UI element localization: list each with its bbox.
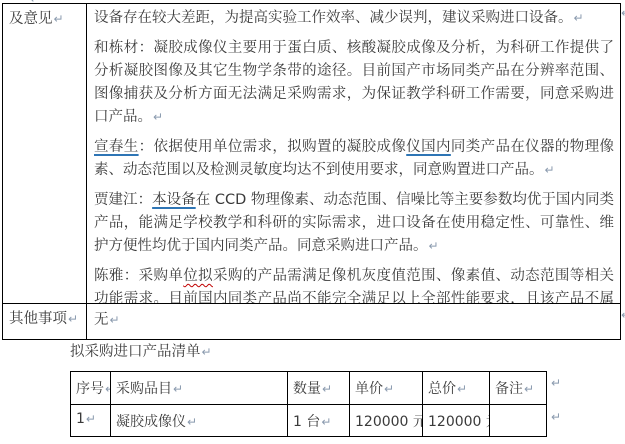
cell-item-text: 凝胶成像仪 [116, 414, 186, 430]
label-opinions-text: 及意见 [9, 11, 53, 27]
opinion-paragraph-xuanchunsheng: 宣春生：依据使用单位需求，拟购置的凝胶成像仪国内同类产品在仪器的物理像素、动态范… [94, 136, 614, 182]
paragraph-mark: ↵ [429, 239, 439, 253]
text-segment: 设备存在较大差距，为提高实验工作效率、减少误判，建议采购进口设备。 [94, 10, 573, 26]
paragraph-mark: ↵ [321, 415, 331, 429]
list-header-quantity: 数量↵ [288, 372, 350, 405]
list-header-total-price: 总价↵ [423, 372, 490, 405]
text-segment: 陈雅：采购单 [94, 268, 183, 284]
list-row-end-mark-data: ↵ [551, 410, 561, 424]
text-segment: 无 [94, 312, 109, 328]
header-index-text: 序号 [76, 381, 104, 397]
label-other-matters-text: 其他事项 [9, 311, 67, 327]
product-list-caption-text: 拟采购进口产品清单 [70, 344, 201, 360]
header-remarks-text: 备注 [495, 381, 523, 397]
label-cell-other-matters: 其他事项↵ [3, 304, 87, 339]
list-row-end-mark-header: ↵ [551, 376, 561, 390]
text-segment: 贾建江： [94, 192, 152, 208]
list-cell-remarks [490, 405, 546, 436]
list-cell-total-price: 120000 元↵ [423, 405, 490, 436]
text-segment: 位拟 [183, 268, 213, 284]
cell-unit-price-text: 120000 元 [355, 414, 423, 430]
list-cell-index: 1↵ [71, 405, 111, 436]
paragraph-mark: ↵ [110, 313, 120, 327]
paragraph-mark: ↵ [54, 12, 64, 26]
label-cell-opinions: 及意见↵ [3, 4, 87, 304]
opinion-paragraph-chenya: 陈雅：采购单位拟采购的产品需满足像机灰度值范围、像素值、动态范围等相关功能需求。… [94, 265, 614, 304]
paragraph-mark: ↵ [574, 11, 584, 25]
other-matters-paragraph: 无↵ [94, 309, 614, 332]
text-segment: 和栋材：凝胶成像仪主要用于蛋白质、核酸凝胶成像及分析，为科研工作提供了分析凝胶图… [94, 40, 614, 125]
list-header-index: 序号↵ [71, 372, 111, 405]
header-total-price-text: 总价 [428, 381, 456, 397]
paragraph-mark: ↵ [384, 382, 394, 396]
product-list-table: 序号↵ 采购品目↵ 数量↵ 单价↵ 总价↵ 备注↵ 1↵ 凝胶成像仪↵ 1 台↵… [70, 371, 547, 437]
opinion-paragraph-overview: 设备存在较大差距，为提高实验工作效率、减少误判，建议采购进口设备。↵ [94, 7, 614, 30]
header-quantity-text: 数量 [293, 381, 321, 397]
list-cell-unit-price: 120000 元↵ [350, 405, 423, 436]
list-header-remarks: 备注↵ [490, 372, 546, 405]
opinion-paragraph-jiajianjiang: 贾建江：本设备在 CCD 物理像素、动态范围、信噪比等主要参数均优于国内同类产品… [94, 189, 614, 258]
paragraph-mark: ↵ [457, 382, 467, 396]
text-segment: 仪国内 [406, 139, 451, 155]
header-item-text: 采购品目 [116, 381, 172, 397]
list-cell-quantity: 1 台↵ [288, 405, 350, 436]
paragraph-mark: ↵ [86, 412, 96, 426]
opinions-content-cell: 设备存在较大差距，为提高实验工作效率、减少误判，建议采购进口设备。↵ 和栋材：凝… [87, 4, 620, 304]
paragraph-mark: ↵ [545, 163, 555, 177]
cell-quantity-text: 1 台 [293, 414, 320, 430]
row-end-mark-other-matters: ↵ [621, 308, 625, 322]
paragraph-mark: ↵ [202, 345, 212, 359]
text-segment: ：依据使用单位需求，拟购置的凝胶成像 [139, 139, 407, 155]
paragraph-mark: ↵ [173, 382, 183, 396]
list-cell-item: 凝胶成像仪↵ [111, 405, 288, 436]
paragraph-mark: ↵ [187, 415, 197, 429]
row-end-mark-opinions: ↵ [621, 6, 625, 20]
text-segment: 本设备 [152, 192, 196, 208]
header-unit-price-text: 单价 [355, 381, 383, 397]
list-header-unit-price: 单价↵ [350, 372, 423, 405]
paragraph-mark: ↵ [524, 382, 534, 396]
list-header-item: 采购品目↵ [111, 372, 288, 405]
document-page: { "doc": { "pilcrow": "↵", "colors": { "… [0, 0, 625, 444]
cell-total-price-text: 120000 元 [428, 414, 490, 430]
product-list-caption: 拟采购进口产品清单↵ [70, 343, 212, 361]
paragraph-mark: ↵ [153, 110, 163, 124]
text-segment: 宣春生 [94, 139, 139, 155]
opinion-paragraph-hedongcai: 和栋材：凝胶成像仪主要用于蛋白质、核酸凝胶成像及分析，为科研工作提供了分析凝胶图… [94, 37, 614, 129]
cell-index-text: 1 [76, 411, 85, 427]
approval-table: 及意见↵ 设备存在较大差距，为提高实验工作效率、减少误判，建议采购进口设备。↵ … [2, 3, 621, 340]
other-matters-content-cell: 无↵ [87, 304, 620, 339]
paragraph-mark: ↵ [68, 312, 78, 326]
paragraph-mark: ↵ [322, 382, 332, 396]
